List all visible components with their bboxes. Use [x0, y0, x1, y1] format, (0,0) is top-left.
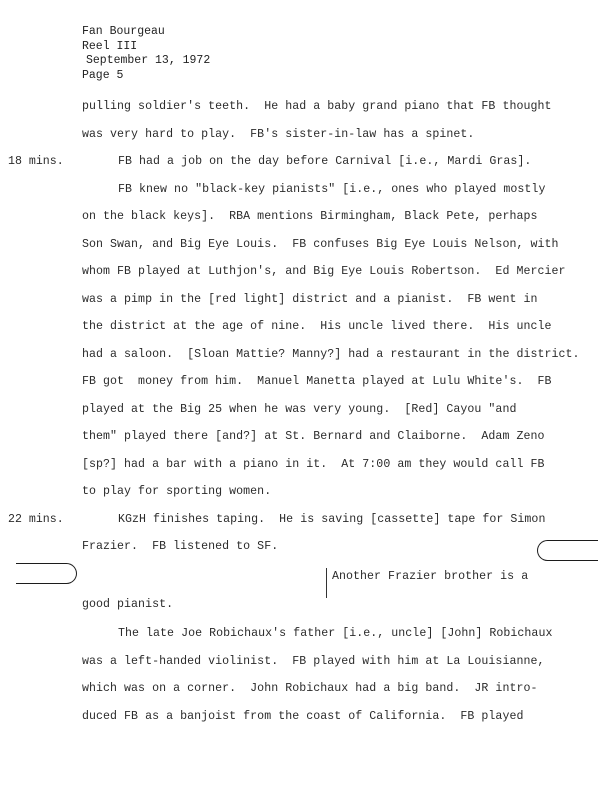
text-line: KGzH finishes taping. He is saving [cass…: [118, 513, 545, 526]
timestamp-22-mins: 22 mins.: [8, 513, 64, 526]
vertical-rule: [326, 568, 327, 598]
text-line: duced FB as a banjoist from the coast of…: [82, 710, 523, 723]
paperclip-icon: [16, 563, 77, 584]
text-line: good pianist.: [82, 598, 173, 611]
text-line: pulling soldier's teeth. He had a baby g…: [82, 100, 552, 113]
text-line: had a saloon. [Sloan Mattie? Manny?] had…: [82, 348, 580, 361]
text-line: them" played there [and?] at St. Bernard…: [82, 430, 545, 443]
document-header: Fan Bourgeau Reel III September 13, 1972…: [82, 25, 210, 83]
text-line: FB got money from him. Manuel Manetta pl…: [82, 375, 552, 388]
text-line: Frazier. FB listened to SF.: [82, 540, 278, 553]
text-line: [sp?] had a bar with a piano in it. At 7…: [82, 458, 545, 471]
text-line: was a left-handed violinist. FB played w…: [82, 655, 545, 668]
paperclip-icon: [537, 540, 598, 561]
page-number: Page 5: [82, 69, 210, 84]
text-line: on the black keys]. RBA mentions Birming…: [82, 210, 537, 223]
text-line: whom FB played at Luthjon's, and Big Eye…: [82, 265, 566, 278]
text-line: Son Swan, and Big Eye Louis. FB confuses…: [82, 238, 559, 251]
text-line: FB knew no "black-key pianists" [i.e., o…: [118, 183, 545, 196]
reel-label: Reel III: [82, 40, 210, 55]
text-line: FB had a job on the day before Carnival …: [118, 155, 531, 168]
document-page: Fan Bourgeau Reel III September 13, 1972…: [0, 0, 614, 792]
text-line: the district at the age of nine. His unc…: [82, 320, 552, 333]
interviewee-name: Fan Bourgeau: [82, 25, 210, 40]
text-line: was a pimp in the [red light] district a…: [82, 293, 537, 306]
interview-date: September 13, 1972: [82, 54, 210, 69]
text-line: to play for sporting women.: [82, 485, 271, 498]
timestamp-18-mins: 18 mins.: [8, 155, 64, 168]
text-line: Another Frazier brother is a: [332, 570, 528, 583]
text-line: which was on a corner. John Robichaux ha…: [82, 682, 537, 695]
text-line: was very hard to play. FB's sister-in-la…: [82, 128, 474, 141]
text-line: The late Joe Robichaux's father [i.e., u…: [118, 627, 552, 640]
text-line: played at the Big 25 when he was very yo…: [82, 403, 516, 416]
